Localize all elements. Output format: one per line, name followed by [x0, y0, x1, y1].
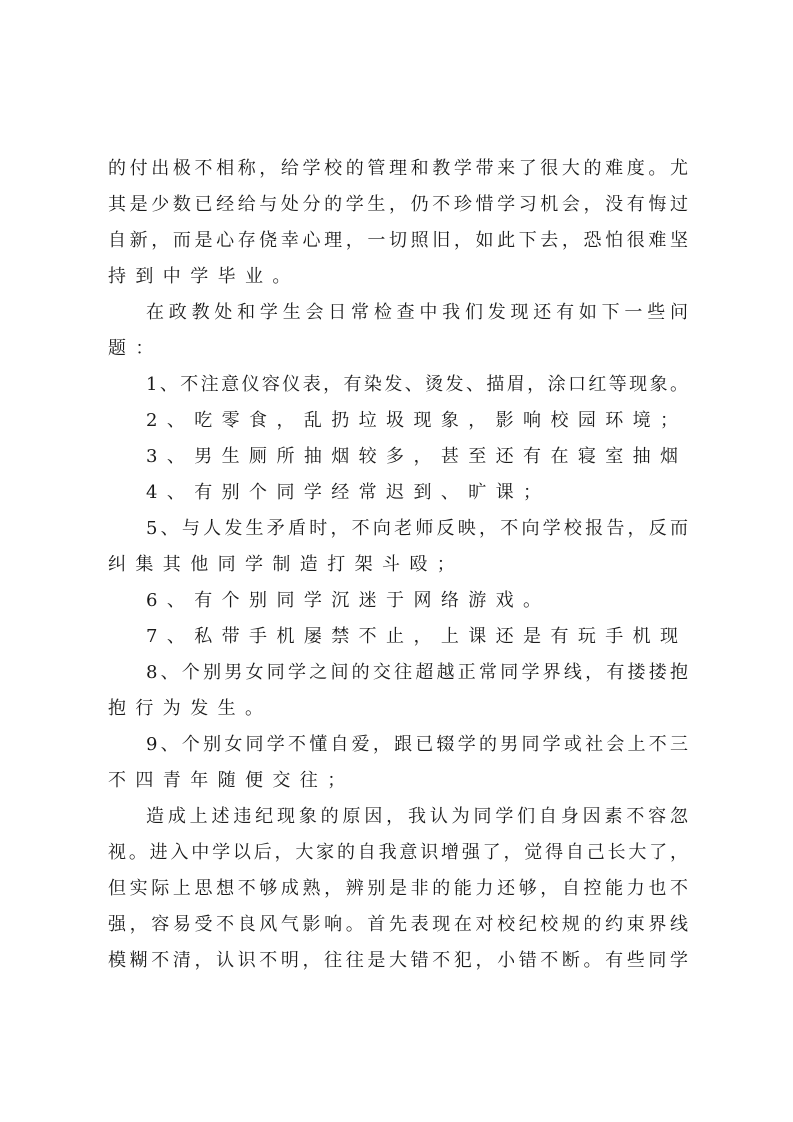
list-item-continuation: 纠集其他同学制造打架斗殴；: [108, 547, 688, 583]
text-line: 视。进入中学以后，大家的自我意识增强了，觉得自己长大了，: [108, 835, 688, 871]
text-line: 造成上述违纪现象的原因，我认为同学们自身因素不容忽: [108, 799, 688, 835]
list-item: 7、私带手机屡禁不止，上课还是有玩手机现象。: [108, 619, 688, 655]
list-item: 3、男生厕所抽烟较多，甚至还有在寝室抽烟现象；: [108, 439, 688, 475]
list-item: 2、吃零食，乱扔垃圾现象，影响校园环境；: [108, 403, 688, 439]
list-item: 1、不注意仪容仪表，有染发、烫发、描眉，涂口红等现象。: [108, 367, 688, 403]
list-item: 4、有别个同学经常迟到、旷课；: [108, 475, 688, 511]
list-item: 6、有个别同学沉迷于网络游戏。: [108, 583, 688, 619]
text-line: 自新，而是心存侥幸心理，一切照旧，如此下去，恐怕很难坚: [108, 223, 688, 259]
text-line: 题：: [108, 331, 688, 367]
text-line: 持到中学毕业。: [108, 259, 688, 295]
list-item: 9、个别女同学不懂自爱，跟已辍学的男同学或社会上不三: [108, 727, 688, 763]
text-line: 但实际上思想不够成熟，辨别是非的能力还够，自控能力也不: [108, 871, 688, 907]
text-line: 在政教处和学生会日常检查中我们发现还有如下一些问: [108, 295, 688, 331]
document-body: 的付出极不相称，给学校的管理和教学带来了很大的难度。尤 其是少数已经给与处分的学…: [108, 151, 688, 979]
list-item: 5、与人发生矛盾时，不向老师反映，不向学校报告，反而: [108, 511, 688, 547]
text-line: 其是少数已经给与处分的学生，仍不珍惜学习机会，没有悔过: [108, 187, 688, 223]
document-page: 的付出极不相称，给学校的管理和教学带来了很大的难度。尤 其是少数已经给与处分的学…: [0, 0, 793, 1122]
list-item-continuation: 不四青年随便交往；: [108, 763, 688, 799]
text-line: 模糊不清，认识不明，往往是大错不犯，小错不断。有些同学: [108, 943, 688, 979]
list-item-continuation: 抱行为发生。: [108, 691, 688, 727]
text-line: 的付出极不相称，给学校的管理和教学带来了很大的难度。尤: [108, 151, 688, 187]
text-line: 强，容易受不良风气影响。首先表现在对校纪校规的约束界线: [108, 907, 688, 943]
list-item: 8、个别男女同学之间的交往超越正常同学界线，有搂搂抱: [108, 655, 688, 691]
